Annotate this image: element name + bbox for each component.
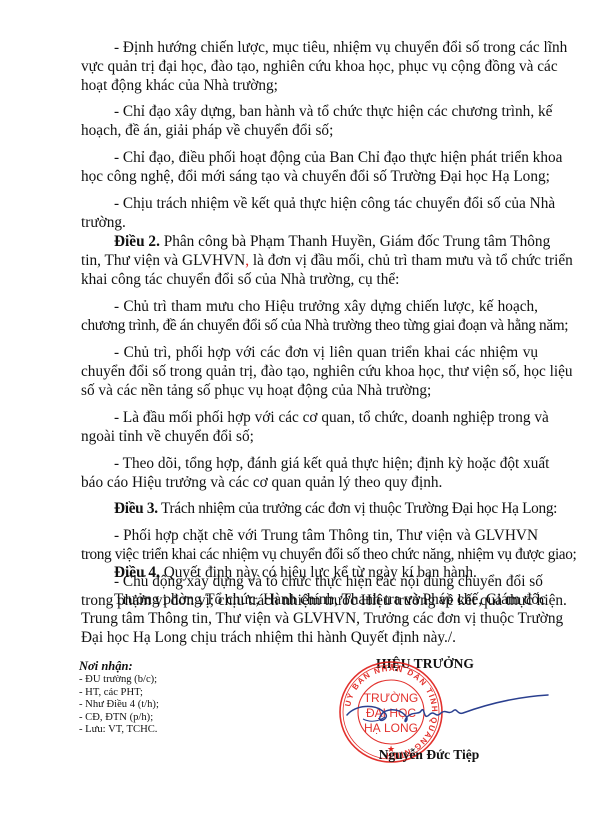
paragraph-line: - Chỉ đạo xây dựng, ban hành và tổ chức …	[114, 102, 538, 121]
paragraph-line: báo cáo Hiệu trưởng và các cơ quan quản …	[81, 473, 538, 492]
recipient-item: - Như Điều 4 (t/h);	[79, 699, 159, 712]
paragraph-line: - Là đầu mối phối hợp với các cơ quan, t…	[114, 408, 538, 427]
paragraph-line: Trung tâm Thông tin, Thư viện và GLVHVN,…	[81, 609, 538, 628]
recipients-block: Nơi nhận: - ĐU trường (b/c); - HT, các P…	[79, 659, 159, 737]
article-2-text: Phân công bà Phạm Thanh Huyền, Giám đốc …	[160, 233, 550, 250]
paragraph-line: trong việc triển khai các nhiệm vụ chuyể…	[81, 545, 538, 564]
recipient-item: - Lưu: VT, TCHC.	[79, 724, 159, 737]
article-4-text: Quyết định này có hiệu lực kể từ ngày kí…	[160, 564, 477, 581]
article-2-line: khai công tác chuyển đổi số của Nhà trườ…	[81, 270, 538, 289]
paragraph-line: - Chỉ đạo, điều phối hoạt động của Ban C…	[114, 148, 538, 167]
signer-name: Nguyễn Đức Tiệp	[364, 747, 494, 763]
recipients-title: Nơi nhận:	[79, 659, 159, 674]
article-4-heading: Điều 4.	[114, 564, 160, 581]
paragraph-line: học công nghệ, đổi mới sáng tạo và chuyể…	[81, 167, 538, 186]
article-3-heading: Điều 3.	[114, 500, 158, 517]
paragraph-line: Trưởng phòng Tổ chức, Hành chính, Thanh …	[114, 590, 538, 609]
paragraph-line: chương trình, đề án chuyển đổi số của Nh…	[81, 316, 538, 335]
article-2-text: là đơn vị đầu mối, chủ trì tham mưu và t…	[249, 252, 573, 269]
paragraph-line: ngoài tỉnh về chuyển đổi số;	[81, 427, 538, 446]
recipient-item: - CĐ, ĐTN (p/h);	[79, 712, 159, 725]
paragraph-line: - Chủ trì tham mưu cho Hiệu trưởng xây d…	[114, 297, 538, 316]
paragraph-line: Đại học Hạ Long chịu trách nhiệm thi hàn…	[81, 628, 538, 647]
paragraph-line: hoạch, đề án, giải pháp về chuyển đổi số…	[81, 121, 538, 140]
paragraph-line: - Chủ trì, phối hợp với các đơn vị liên …	[114, 343, 538, 362]
paragraph-line: trường.	[81, 213, 538, 232]
article-3-line: Điều 3. Trách nhiệm của trưởng các đơn v…	[114, 499, 538, 518]
article-4-line: Điều 4. Quyết định này có hiệu lực kể từ…	[114, 563, 538, 582]
article-2-line: Điều 2. Phân công bà Phạm Thanh Huyền, G…	[114, 232, 538, 251]
recipient-item: - ĐU trường (b/c);	[79, 674, 159, 687]
paragraph-line: chuyển đổi số trong quản trị, đào tạo, n…	[81, 362, 538, 381]
recipient-item: - HT, các PHT;	[79, 687, 159, 700]
paragraph-line: - Phối hợp chặt chẽ với Trung tâm Thông …	[114, 526, 538, 545]
article-3-text: Trách nhiệm của trưởng các đơn vị thuộc …	[158, 500, 557, 517]
article-2-heading: Điều 2.	[114, 233, 160, 250]
document-page: - Định hướng chiến lược, mục tiêu, nhiệm…	[0, 0, 590, 837]
paragraph-line: - Theo dõi, tổng hợp, đánh giá kết quả t…	[114, 454, 538, 473]
paragraph-line: - Định hướng chiến lược, mục tiêu, nhiệm…	[114, 38, 538, 57]
article-2-line: tin, Thư viện và GLVHVN, là đơn vị đầu m…	[81, 251, 538, 270]
article-2-text: tin, Thư viện và GLVHVN	[81, 252, 245, 269]
paragraph-line: hoạt động khác của Nhà trường;	[81, 76, 538, 95]
paragraph-line: số và các nền tảng số phục vụ hoạt động …	[81, 381, 538, 400]
paragraph-line: vực quản trị đại học, đào tạo, nghiên cứ…	[81, 57, 538, 76]
paragraph-line: - Chịu trách nhiệm về kết quả thực hiện …	[114, 194, 538, 213]
handwritten-signature-icon	[345, 685, 550, 730]
